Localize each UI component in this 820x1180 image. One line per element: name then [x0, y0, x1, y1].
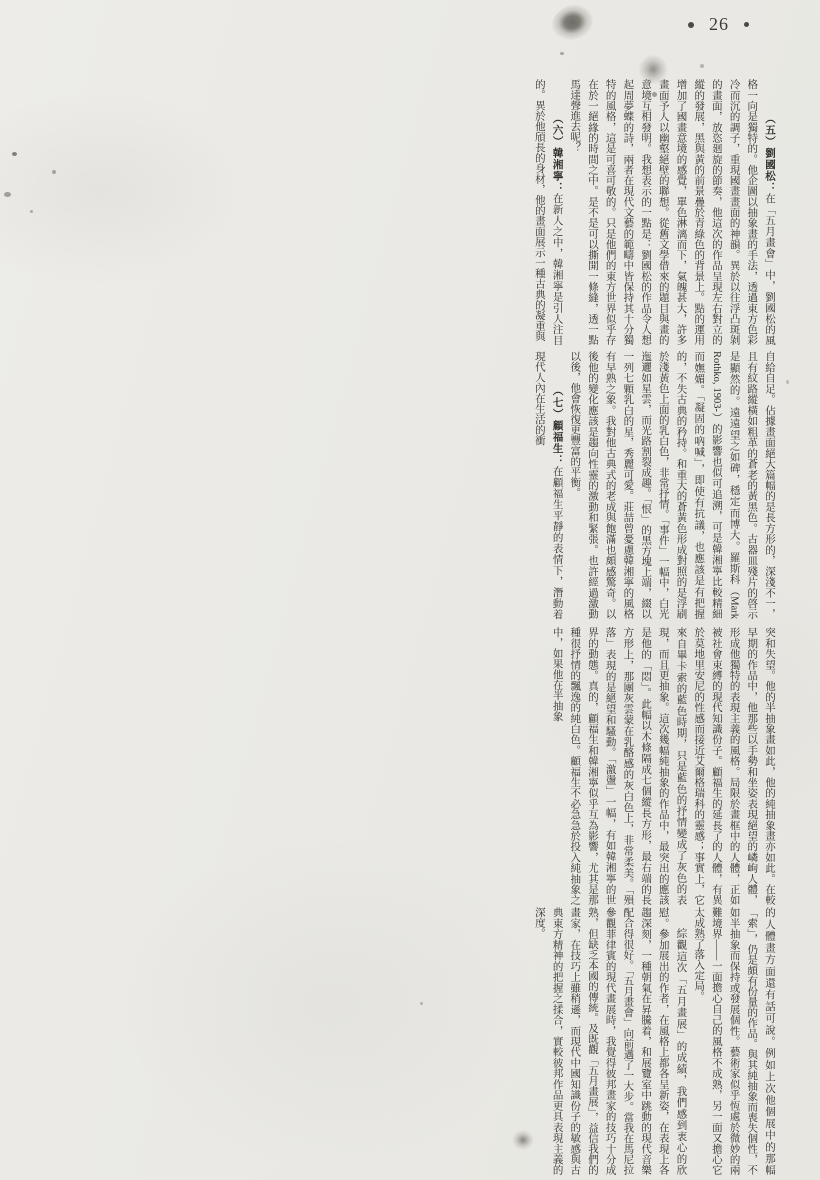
- paragraph: 自給自足。佔據畫面絕大篇幅的是長方形的，深淺不一，且有紋路縱橫如粗革的蒼老的黃黑…: [566, 351, 778, 619]
- page-number: 26: [688, 14, 749, 35]
- scan-speck: [560, 52, 564, 55]
- scan-speck: [52, 170, 56, 174]
- page-number-right-dot-icon: [744, 22, 749, 27]
- page-number-value: 26: [709, 14, 729, 35]
- text-band-4: 的人體畫方面還有話可說。例如上次他個展中的那幅「索」，仍是頗有份量的作品。與其純…: [396, 907, 778, 1175]
- paragraph: 突和失望。他的半抽象畫如此，他的純抽象畫亦如此。在較早期的作品中，他那些以手勢和…: [548, 627, 778, 905]
- scanned-page: { "page": { "number": "26", "left_bullet…: [0, 0, 820, 1180]
- article-text: （五）劉國松：在「五月畫會」中，劉國松的風格一向是獨特的。他企圖以抽象畫的手法，…: [396, 79, 778, 1175]
- scan-speck: [30, 210, 33, 213]
- section-paragraph: （五）劉國松：在「五月畫會」中，劉國松的風格一向是獨特的。他企圖以抽象畫的手法，…: [566, 79, 778, 345]
- scan-speck: [700, 64, 704, 68]
- scan-speck: [786, 380, 789, 384]
- section-paragraph: （六）韓湘寧：在新人之中，韓湘寧是引人注目的。異於他頎長的身材，他的畫面展示一種…: [530, 79, 565, 345]
- paragraph: 的人體畫方面還有話可說。例如上次他個展中的那幅「索」，仍是頗有份量的作品。與其純…: [689, 907, 778, 1175]
- text-band-1: （五）劉國松：在「五月畫會」中，劉國松的風格一向是獨特的。他企圖以抽象畫的手法，…: [396, 79, 778, 345]
- scan-speck: [12, 152, 17, 156]
- paragraph: 綜觀這次「五月畫展」的成績，我們感到衷心的欣慰。參加展出的作者，在風格上都各呈新…: [530, 907, 689, 1175]
- page-number-left-dot-icon: [688, 22, 694, 28]
- section-paragraph: （七）顧福生：在顧福生平靜的表情下，潛動着現代人內在生活的衝: [530, 351, 565, 619]
- text-band-3: 突和失望。他的半抽象畫如此，他的純抽象畫亦如此。在較早期的作品中，他那些以手勢和…: [396, 627, 778, 905]
- section-heading: （七）顧福生：: [552, 385, 563, 466]
- ink-smudge-top: [547, 0, 608, 48]
- section-heading: （五）劉國松：: [764, 113, 775, 193]
- section-heading: （六）韓湘寧：: [552, 113, 563, 193]
- scan-speck: [4, 192, 11, 197]
- text-band-2: 自給自足。佔據畫面絕大篇幅的是長方形的，深淺不一，且有紋路縱橫如粗革的蒼老的黃黑…: [396, 351, 778, 619]
